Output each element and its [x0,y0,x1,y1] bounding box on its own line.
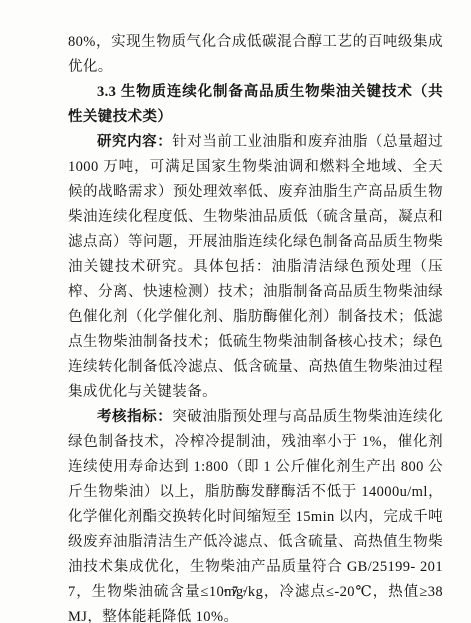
assessment-metrics-lead: 考核指标： [97,409,172,425]
research-content-lead: 研究内容： [97,134,172,150]
section-heading: 3.3 生物质连续化制备高品质生物柴油关键技术（共性关键技术类） [68,80,443,130]
research-content-text: 针对当前工业油脂和废弃油脂（总量超过 1000 万吨，可满足国家生物柴油调和燃料… [68,134,443,400]
page-number: - 7 - [0,585,471,597]
paragraph-continuation: 80%，实现生物质气化合成低碳混合醇工艺的百吨级集成优化。 [68,30,443,80]
research-content-paragraph: 研究内容：针对当前工业油脂和废弃油脂（总量超过 1000 万吨，可满足国家生物柴… [68,130,443,405]
document-body: 80%，实现生物质气化合成低碳混合醇工艺的百吨级集成优化。 3.3 生物质连续化… [68,30,443,623]
document-page: 80%，实现生物质气化合成低碳混合醇工艺的百吨级集成优化。 3.3 生物质连续化… [0,0,471,623]
